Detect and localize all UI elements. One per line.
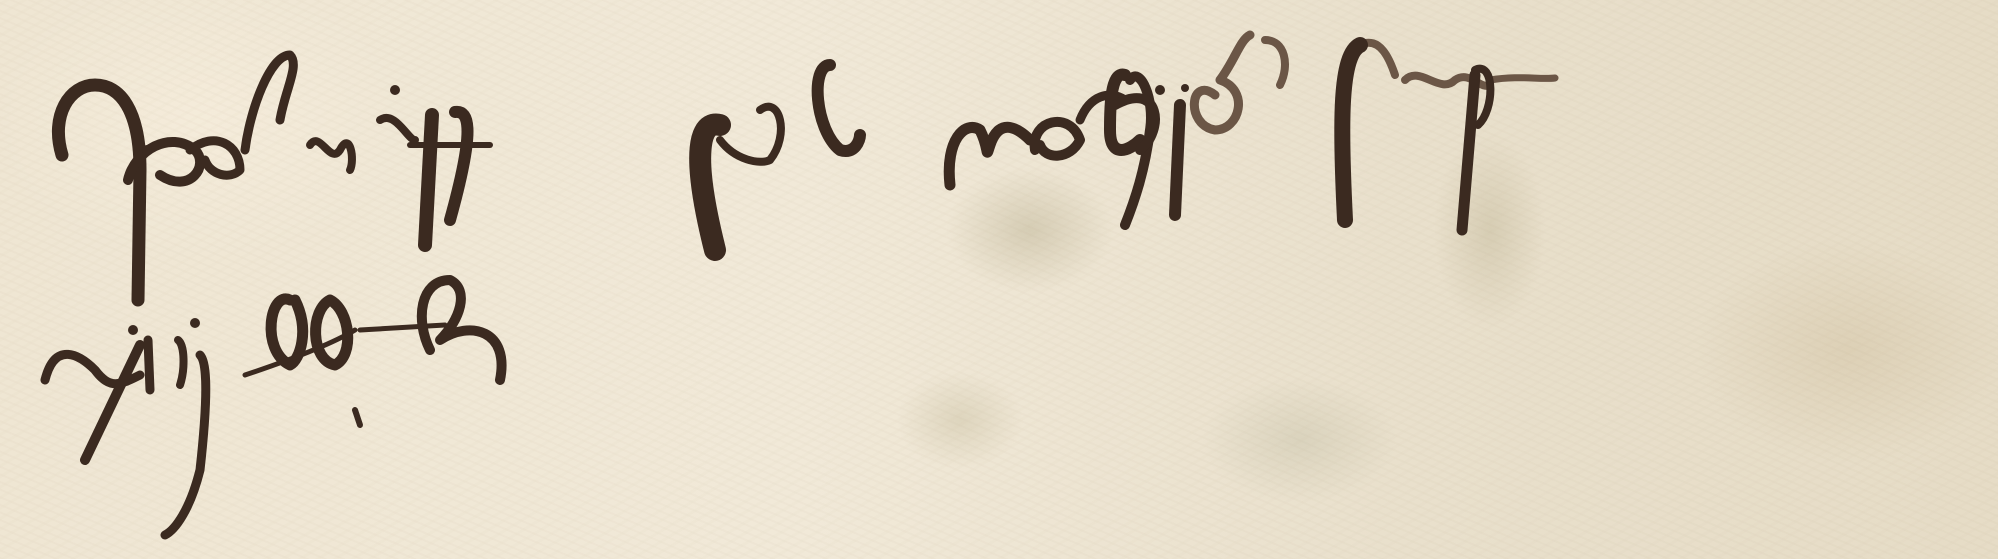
- line-1-faint-ink: [1194, 35, 1555, 130]
- manuscript-page: pro ... rissh pl mortg bij d' Sunt xiij …: [0, 0, 1998, 559]
- line-1-ink: [58, 55, 1189, 300]
- handwriting: [0, 0, 1998, 559]
- line-2-ink: [45, 280, 502, 535]
